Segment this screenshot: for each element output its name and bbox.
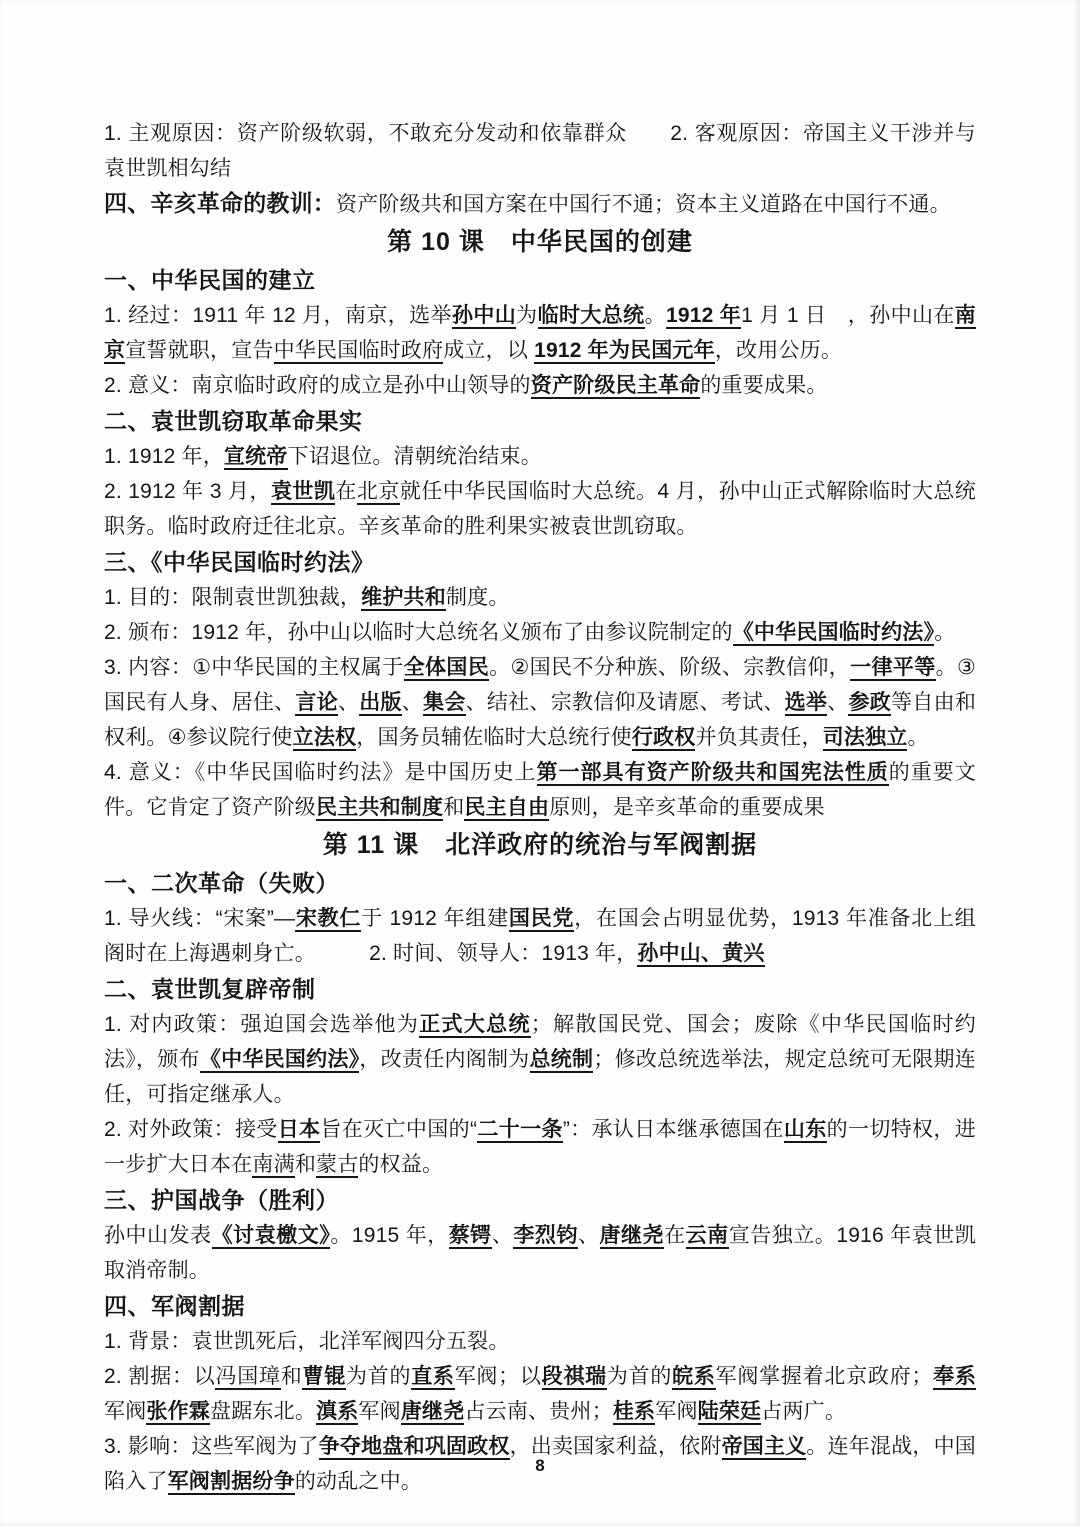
title-lesson-11: 第 11 课 北洋政府的统治与军阀割据	[104, 825, 976, 865]
para-yuan-takes-office: 2. 1912 年 3 月，袁世凯在北京就任中华民国临时大总统。4 月，孙中山正…	[104, 474, 976, 544]
heading-national-protection-war: 三、护国战争（胜利）	[104, 1182, 976, 1218]
para-founding-process: 1. 经过：1911 年 12 月，南京，选举孙中山为临时大总统。1912 年1…	[104, 298, 976, 368]
heading-founding-of-republic: 一、中华民国的建立	[104, 262, 976, 298]
heading-warlord-separatism: 四、军阀割据	[104, 1288, 976, 1324]
title-lesson-10: 第 10 课 中华民国的创建	[104, 222, 976, 262]
para-constitution-purpose: 1. 目的：限制袁世凯独裁，维护共和制度。	[104, 580, 976, 615]
para-constitution-content: 3. 内容：①中华民国的主权属于全体国民。②国民不分种族、阶级、宗教信仰，一律平…	[104, 650, 976, 755]
para-warlord-factions: 2. 割据：以冯国璋和曹锟为首的直系军阀；以段祺瑞为首的皖系军阀掌握着北京政府；…	[104, 1359, 976, 1429]
para-revolution-failure-causes: 1. 主观原因：资产阶级软弱，不敢充分发动和依靠群众 2. 客观原因：帝国主义干…	[104, 116, 976, 186]
document-page: 1. 主观原因：资产阶级软弱，不敢充分发动和依靠群众 2. 客观原因：帝国主义干…	[0, 0, 1080, 1526]
para-national-protection-war: 孙中山发表《讨袁檄文》。1915 年，蔡锷、李烈钧、唐继尧在云南宣告独立。191…	[104, 1218, 976, 1288]
para-revolution-lessons: 四、辛亥革命的教训：资产阶级共和国方案在中国行不通；资本主义道路在中国行不通。	[104, 186, 976, 222]
para-constitution-promulgation: 2. 颁布：1912 年，孙中山以临时大总统名义颁布了由参议院制定的《中华民国临…	[104, 615, 976, 650]
para-second-revolution-details: 1. 导火线：“宋案”—宋教仁于 1912 年组建国民党，在国会占明显优势，19…	[104, 901, 976, 971]
heading-yuan-steals-fruits: 二、袁世凯窃取革命果实	[104, 403, 976, 439]
para-constitution-significance: 4. 意义：《中华民国临时约法》是中国历史上第一部具有资产阶级共和国宪法性质的重…	[104, 755, 976, 825]
notes-content: 1. 主观原因：资产阶级软弱，不敢充分发动和依靠群众 2. 客观原因：帝国主义干…	[0, 0, 1080, 1499]
para-domestic-policy: 1. 对内政策：强迫国会选举他为正式大总统；解散国民党、国会；废除《中华民国临时…	[104, 1007, 976, 1112]
para-puyi-abdication: 1. 1912 年，宣统帝下诏退位。清朝统治结束。	[104, 439, 976, 474]
para-warlord-background: 1. 背景：袁世凯死后，北洋军阀四分五裂。	[104, 1324, 976, 1359]
heading-yuan-restores-monarchy: 二、袁世凯复辟帝制	[104, 971, 976, 1007]
para-founding-significance: 2. 意义：南京临时政府的成立是孙中山领导的资产阶级民主革命的重要成果。	[104, 368, 976, 403]
para-foreign-policy: 2. 对外政策：接受日本旨在灭亡中国的“二十一条”：承认日本继承德国在山东的一切…	[104, 1112, 976, 1182]
heading-second-revolution: 一、二次革命（失败）	[104, 865, 976, 901]
page-number: 8	[0, 1456, 1080, 1476]
heading-provisional-constitution: 三、《中华民国临时约法》	[104, 544, 976, 580]
